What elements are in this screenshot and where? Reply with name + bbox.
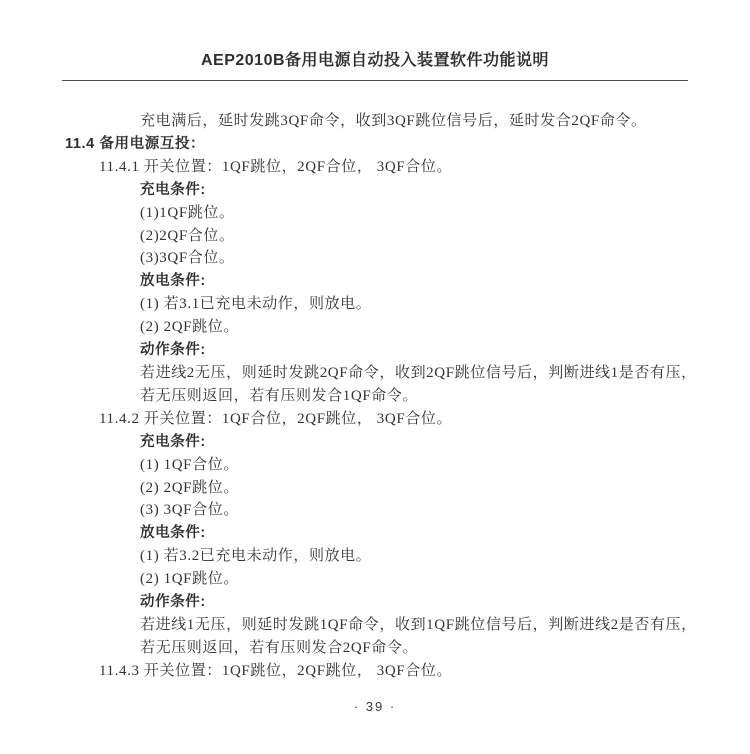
doc-line: (3)3QF合位。 [62, 247, 710, 270]
doc-line: 若进线2无压，则延时发跳2QF命令，收到2QF跳位信号后，判断进线1是否有压， [62, 362, 710, 385]
doc-line: 充电条件: [62, 179, 710, 202]
doc-line: 充电条件: [62, 431, 710, 454]
doc-line: 若无压则返回，若有压则发合1QF命令。 [62, 385, 710, 408]
doc-line: (2)2QF合位。 [62, 225, 710, 248]
doc-line: (3) 3QF合位。 [62, 499, 710, 522]
doc-line: 动作条件: [62, 591, 710, 614]
doc-line: 11.4.3 开关位置：1QF跳位，2QF跳位， 3QF合位。 [62, 660, 710, 683]
doc-line: (2) 2QF跳位。 [62, 316, 710, 339]
doc-line: 若进线1无压，则延时发跳1QF命令，收到1QF跳位信号后，判断进线2是否有压， [62, 614, 710, 637]
doc-line: (1) 若3.2已充电未动作，则放电。 [62, 545, 710, 568]
title-rule-line [62, 80, 688, 81]
doc-line: 11.4.2 开关位置：1QF合位，2QF跳位， 3QF合位。 [62, 408, 710, 431]
document-body: 充电满后，延时发跳3QF命令，收到3QF跳位信号后，延时发合2QF命令。11.4… [62, 110, 710, 683]
doc-line: 放电条件: [62, 522, 710, 545]
doc-line: 11.4.1 开关位置：1QF跳位，2QF合位， 3QF合位。 [62, 156, 710, 179]
doc-line: 动作条件: [62, 339, 710, 362]
page-number: · 39 · [62, 699, 688, 714]
doc-line: (2) 2QF跳位。 [62, 477, 710, 500]
doc-line: (1) 若3.1已充电未动作，则放电。 [62, 293, 710, 316]
doc-line: (1)1QF跳位。 [62, 202, 710, 225]
page-title: AEP2010B备用电源自动投入装置软件功能说明 [62, 47, 688, 70]
document-page: AEP2010B备用电源自动投入装置软件功能说明 充电满后，延时发跳3QF命令，… [0, 0, 750, 754]
doc-line: (1) 1QF合位。 [62, 454, 710, 477]
doc-line: 放电条件: [62, 270, 710, 293]
doc-line: (2) 1QF跳位。 [62, 568, 710, 591]
doc-line: 11.4 备用电源互投： [62, 133, 710, 156]
doc-line: 若无压则返回，若有压则发合2QF命令。 [62, 637, 710, 660]
doc-line: 充电满后，延时发跳3QF命令，收到3QF跳位信号后，延时发合2QF命令。 [62, 110, 710, 133]
